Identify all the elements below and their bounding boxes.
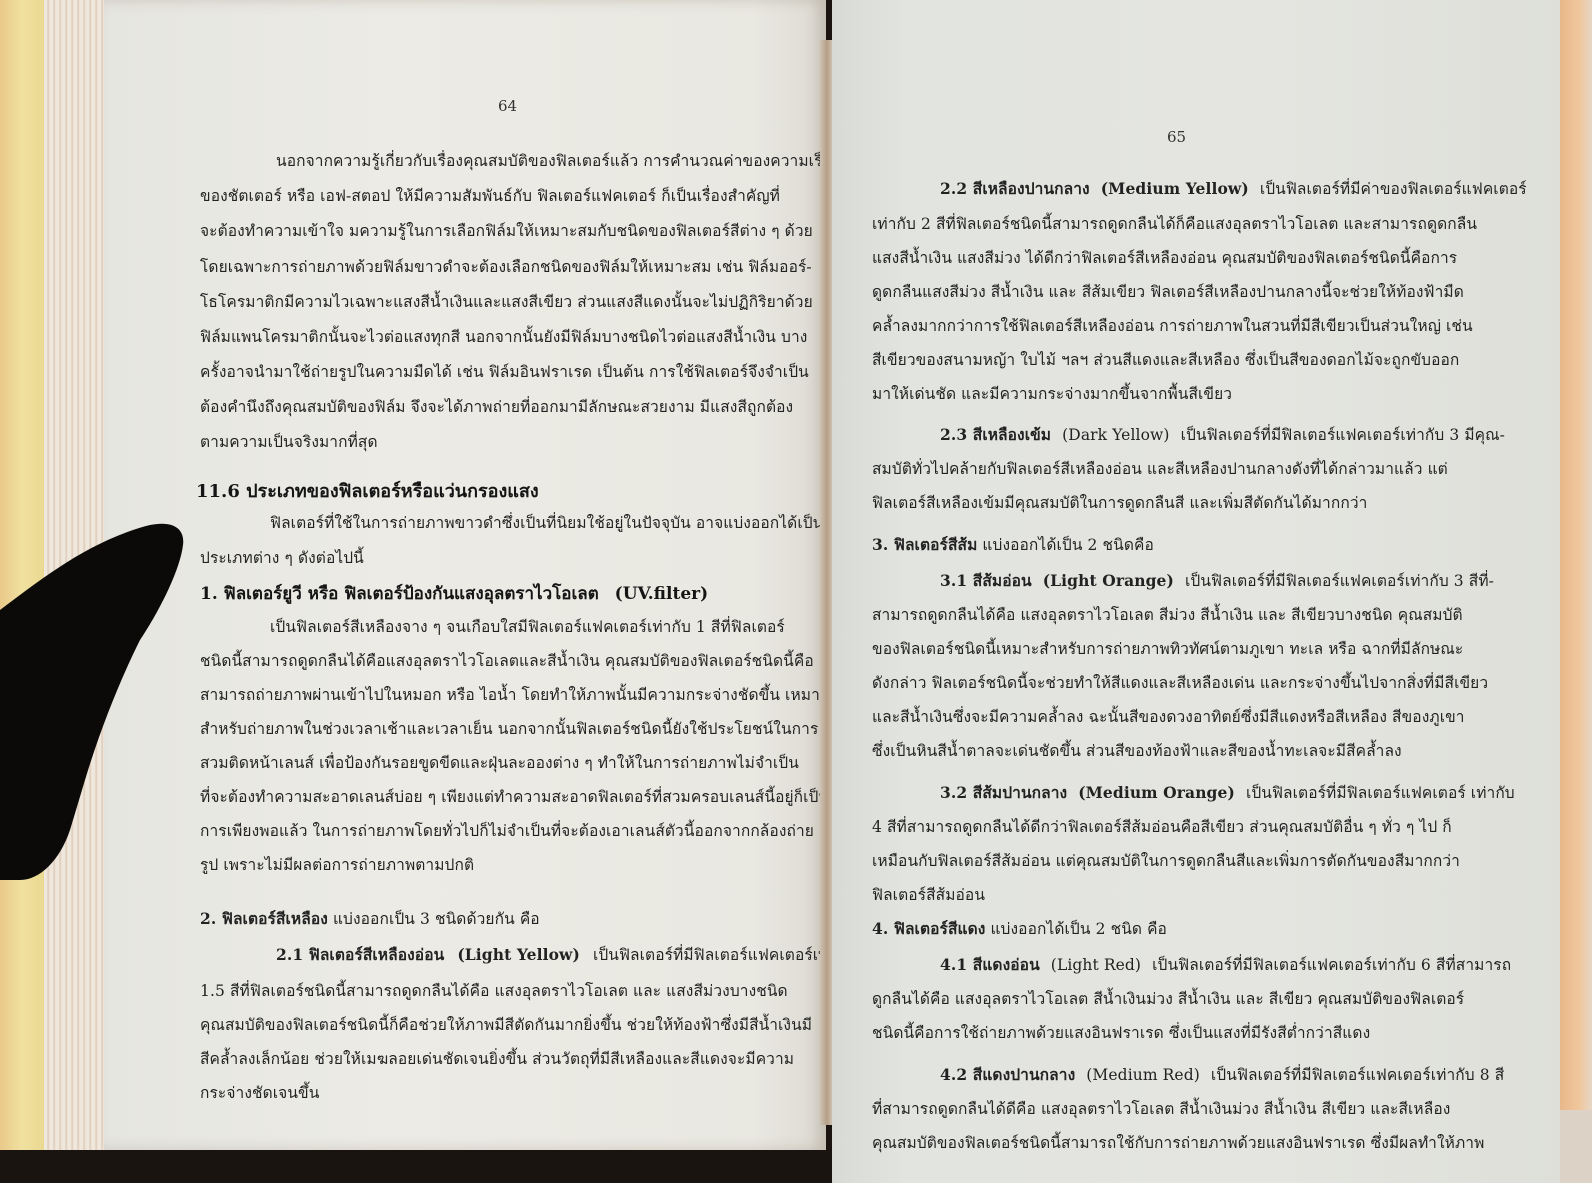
subitem-heading-text: 3.1 สีส้มอ่อน <box>940 571 1032 590</box>
item-heading-rest: แบ่งออกได้เป็น 2 ชนิดคือ <box>982 536 1153 554</box>
paragraph-line: ของชัตเตอร์ หรือ เอฟ-สตอป ให้มีความสัมพั… <box>200 183 806 208</box>
paragraph-line: เป็นฟิลเตอร์ที่มีฟิลเตอร์แฟคเตอร์เท่ากับ… <box>1185 572 1494 590</box>
paragraph-line: ซึ่งเป็นหินสีน้ำตาลจะเด่นชัดขึ้น ส่วนสีข… <box>872 738 1402 763</box>
item-heading-yellow: 2. ฟิลเตอร์สีเหลือง แบ่งออกเป็น 3 ชนิดด้… <box>200 906 540 931</box>
paragraph-line: สีเขียวของสนามหญ้า ใบไม้ ฯลฯ ส่วนสีแดงแล… <box>872 347 1459 372</box>
item-heading-text: 2. ฟิลเตอร์สีเหลือง <box>200 909 328 928</box>
paragraph-line: สมบัติทั่วไปคล้ายกับฟิลเตอร์สีเหลืองอ่อน… <box>872 456 1448 481</box>
background-surface <box>0 1150 832 1183</box>
paragraph-line: ชนิดนี้คือการใช้ถ่ายภาพด้วยแสงอินฟราเรด … <box>872 1020 1370 1045</box>
paragraph-line: เป็นฟิลเตอร์ที่มีค่าของฟิลเตอร์แฟคเตอร์ <box>1260 180 1527 198</box>
item-heading-rest: แบ่งออกได้เป็น 2 ชนิด คือ <box>990 920 1167 938</box>
paragraph-line: เป็นฟิลเตอร์ที่มีฟิลเตอร์แฟคเตอร์เท่ากับ… <box>1152 956 1511 974</box>
paragraph-line: 4 สีที่สามารถดูดกลืนได้ดีกว่าฟิลเตอร์สีส… <box>872 814 1452 839</box>
paragraph-line: สามารถดูดกลืนได้คือ แสงอุลตราไวโอเลต สีม… <box>872 602 1463 627</box>
paragraph-line: เป็นฟิลเตอร์ที่มีฟิลเตอร์แฟคเตอร์เท่ากับ… <box>1211 1066 1504 1084</box>
paragraph-line: ตามความเป็นจริงมากที่สุด <box>200 429 378 454</box>
item-heading-text: 4. ฟิลเตอร์สีแดง <box>872 919 985 938</box>
paragraph-line: ครั้งอาจนำมาใช้ถ่ายรูปในความมืดได้ เช่น … <box>200 359 806 384</box>
paragraph-line: โดยเฉพาะการถ่ายภาพด้วยฟิล์มขาวดำจะต้องเล… <box>200 254 806 279</box>
page-number: 64 <box>498 97 517 115</box>
subitem-heading-light-red: 4.1 สีแดงอ่อน (Light Red) เป็นฟิลเตอร์ที… <box>940 952 1511 977</box>
paragraph-line: สวมติดหน้าเลนส์ เพื่อป้องกันรอยขูดขีดและ… <box>200 750 799 775</box>
subitem-heading-medium-red: 4.2 สีแดงปานกลาง (Medium Red) เป็นฟิลเตอ… <box>940 1062 1504 1087</box>
subitem-heading-medium-yellow: 2.2 สีเหลืองปานกลาง (Medium Yellow) เป็น… <box>940 176 1527 201</box>
book-spread: 64 นอกจากความรู้เกี่ยวกับเรื่องคุณสมบัติ… <box>0 0 1592 1183</box>
paragraph-line: สำหรับถ่ายภาพในช่วงเวลาเช้าและเวลาเย็น น… <box>200 716 818 741</box>
subitem-heading-light-orange: 3.1 สีส้มอ่อน (Light Orange) เป็นฟิลเตอร… <box>940 568 1494 593</box>
paragraph-line: การเพียงพอแล้ว ในการถ่ายภาพโดยทั่วไปก็ไม… <box>200 818 814 843</box>
item-heading-orange: 3. ฟิลเตอร์สีส้ม แบ่งออกได้เป็น 2 ชนิดคื… <box>872 532 1154 557</box>
paragraph-line: ดังกล่าว ฟิลเตอร์ชนิดนี้จะช่วยทำให้สีแดง… <box>872 670 1488 695</box>
section-heading: 11.6 ประเภทของฟิลเตอร์หรือแว่นกรองแสง <box>196 476 539 505</box>
paragraph-line: เป็นฟิลเตอร์ที่มีฟิลเตอร์แฟคเตอร์เท่ากับ <box>593 946 857 964</box>
subitem-heading-text: 4.1 สีแดงอ่อน <box>940 955 1040 974</box>
paragraph-line: เป็นฟิลเตอร์ที่มีฟิลเตอร์แฟคเตอร์ เท่ากั… <box>1246 784 1515 802</box>
right-page: 65 2.2 สีเหลืองปานกลาง (Medium Yellow) เ… <box>832 0 1562 1183</box>
paragraph-line: ฟิลเตอร์สีเหลืองเข้มมีคุณสมบัติในการดูดก… <box>872 490 1367 515</box>
paragraph-line: ของฟิลเตอร์ชนิดนี้เหมาะสำหรับการถ่ายภาพท… <box>872 636 1463 661</box>
left-page: 64 นอกจากความรู้เกี่ยวกับเรื่องคุณสมบัติ… <box>104 0 826 1150</box>
page-number: 65 <box>1167 128 1186 146</box>
subitem-heading-en: (Medium Red) <box>1086 1066 1200 1084</box>
paragraph-line: เป็นฟิลเตอร์ที่มีฟิลเตอร์แฟคเตอร์เท่ากับ… <box>1181 426 1505 444</box>
subitem-heading-medium-orange: 3.2 สีส้มปานกลาง (Medium Orange) เป็นฟิล… <box>940 780 1515 805</box>
paragraph-line: คุณสมบัติของฟิลเตอร์ชนิดนี้สามารถใช้กับก… <box>872 1130 1484 1155</box>
paragraph-line: ดูดกลืนแสงสีม่วง สีน้ำเงิน และ สีส้มเขีย… <box>872 279 1464 304</box>
paragraph-line: จะต้องทำความเข้าใจ มความรู้ในการเลือกฟิล… <box>200 218 806 243</box>
subitem-heading-text: 2.3 สีเหลืองเข้ม <box>940 425 1051 444</box>
subitem-heading-text: 2.1 ฟิลเตอร์สีเหลืองอ่อน <box>276 945 444 964</box>
paragraph-line: โธโครมาติกมีความไวเฉพาะแสงสีน้ำเงินและแส… <box>200 289 806 314</box>
item-heading-text: 3. ฟิลเตอร์สีส้ม <box>872 535 977 554</box>
paragraph-line: ดูกลืนได้คือ แสงอุลตราไวโอเลต สีน้ำเงินม… <box>872 986 1464 1011</box>
paragraph-line: ที่สามารถดูดกลืนได้ดีคือ แสงอุลตราไวโอเล… <box>872 1096 1450 1121</box>
subitem-heading-en: (Dark Yellow) <box>1062 426 1169 444</box>
subitem-heading-light-yellow: 2.1 ฟิลเตอร์สีเหลืองอ่อน (Light Yellow) … <box>276 942 857 967</box>
subitem-heading-text: 2.2 สีเหลืองปานกลาง <box>940 179 1090 198</box>
background-surface <box>1560 1110 1592 1183</box>
paragraph-line: แสงสีน้ำเงิน แสงสีม่วง ได้ดีกว่าฟิลเตอร์… <box>872 245 1457 270</box>
item-heading-red: 4. ฟิลเตอร์สีแดง แบ่งออกได้เป็น 2 ชนิด ค… <box>872 916 1167 941</box>
subitem-heading-dark-yellow: 2.3 สีเหลืองเข้ม (Dark Yellow) เป็นฟิลเต… <box>940 422 1505 447</box>
paragraph-line: ฟิลเตอร์สีส้มอ่อน <box>872 882 985 907</box>
paragraph-line: คุณสมบัติของฟิลเตอร์ชนิดนี้ก็คือช่วยให้ภ… <box>200 1012 812 1037</box>
paragraph-line: สีคล้ำลงเล็กน้อย ช่วยให้เมฆลอยเด่นชัดเจน… <box>200 1046 794 1071</box>
item-heading-uv: 1. ฟิลเตอร์ยูวี หรือ ฟิลเตอร์ป้องกันแสงอ… <box>200 580 708 607</box>
paragraph-line: เท่ากับ 2 สีที่ฟิลเตอร์ชนิดนี้สามารถดูดก… <box>872 211 1477 236</box>
item-heading-text: 1. ฟิลเตอร์ยูวี หรือ ฟิลเตอร์ป้องกันแสงอ… <box>200 584 599 604</box>
finger-occlusion <box>0 500 190 880</box>
paragraph-line: มาให้เด่นชัด และมีความกระจ่างมากขึ้นจากพ… <box>872 381 1232 406</box>
subitem-heading-en: (Light Orange) <box>1043 571 1174 590</box>
paragraph-line: ต้องคำนึงถึงคุณสมบัติของฟิล์ม จึงจะได้ภา… <box>200 394 806 419</box>
paragraph-line: ชนิดนี้สามารถดูดกลืนได้คือแสงอุลตราไวโอเ… <box>200 648 814 673</box>
paragraph-line: นอกจากความรู้เกี่ยวกับเรื่องคุณสมบัติของ… <box>276 148 806 173</box>
book-right-edge <box>1560 0 1592 1110</box>
paragraph-line: ฟิลเตอร์ที่ใช้ในการถ่ายภาพขาวดำซึ่งเป็นท… <box>270 510 823 535</box>
paragraph-line: ฟิล์มแพนโครมาติกนั้นจะไวต่อแสงทุกสี นอกจ… <box>200 324 806 349</box>
subitem-heading-text: 4.2 สีแดงปานกลาง <box>940 1065 1075 1084</box>
paragraph-line: และสีน้ำเงินซึ่งจะมีความคล้ำลง ฉะนั้นสีข… <box>872 704 1465 729</box>
paragraph-line: 1.5 สีที่ฟิลเตอร์ชนิดนี้สามารถดูดกลืนได้… <box>200 978 788 1003</box>
subitem-heading-en: (Light Yellow) <box>457 945 580 964</box>
subitem-heading-en: (Medium Orange) <box>1078 783 1235 802</box>
paragraph-line: เป็นฟิลเตอร์สีเหลืองจาง ๆ จนเกือบใสมีฟิล… <box>270 614 785 639</box>
subitem-heading-en: (Light Red) <box>1051 956 1141 974</box>
paragraph-line: รูป เพราะไม่มีผลต่อการถ่ายภาพตามปกติ <box>200 852 474 877</box>
paragraph-line: คล้ำลงมากกว่าการใช้ฟิลเตอร์สีเหลืองอ่อน … <box>872 313 1473 338</box>
paragraph-line: ประเภทต่าง ๆ ดังต่อไปนี้ <box>200 545 364 570</box>
item-heading-rest: แบ่งออกเป็น 3 ชนิดด้วยกัน คือ <box>333 910 540 928</box>
paragraph-line: กระจ่างชัดเจนขึ้น <box>200 1080 319 1105</box>
subitem-heading-en: (Medium Yellow) <box>1101 179 1249 198</box>
paragraph-line: สามารถถ่ายภาพผ่านเข้าไปในหมอก หรือ ไอน้ำ… <box>200 682 828 707</box>
item-heading-en: (UV.filter) <box>615 584 709 604</box>
subitem-heading-text: 3.2 สีส้มปานกลาง <box>940 783 1067 802</box>
paragraph-line: ที่จะต้องทำความสะอาดเลนส์บ่อย ๆ เพียงแต่… <box>200 784 829 809</box>
paragraph-line: เหมือนกับฟิลเตอร์สีส้มอ่อน แต่คุณสมบัติใ… <box>872 848 1460 873</box>
